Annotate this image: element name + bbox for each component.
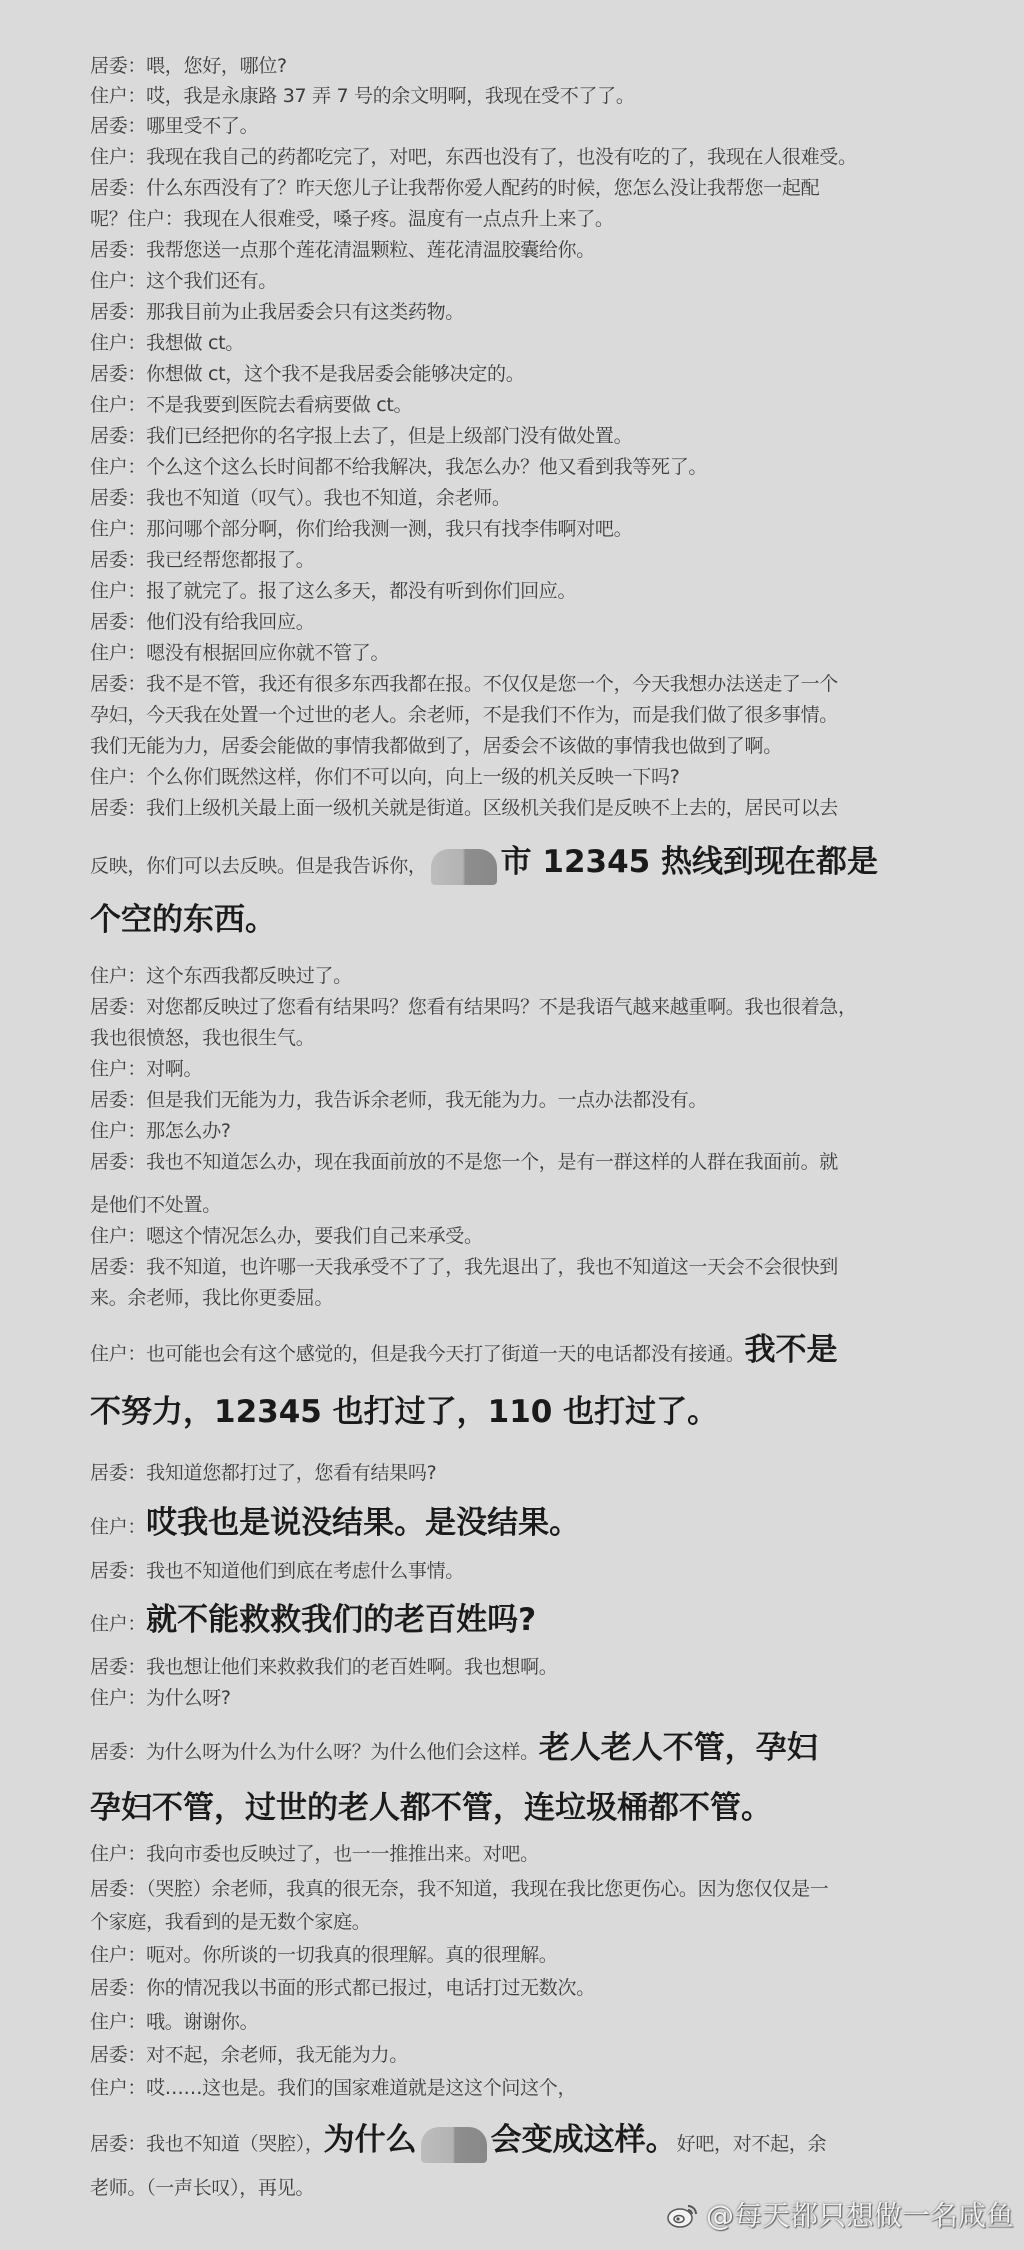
speaker-label: 居委： [90,239,146,261]
dialogue-line: 不努力，12345 也打过了，110 也打过了。 [90,1392,718,1436]
dialogue-line: 个空的东西。 [90,900,276,944]
dialogue-line: 居委：我也想让他们来救救我们的老百姓啊。我也想啊。 [90,1653,558,1681]
dialogue-text: 我现在我自己的药都吃完了，对吧，东西也没有了，也没有吃的了，我现在人很难受。 [146,146,857,168]
dialogue-line: 反映，你们可以去反映。但是我告诉你，市 12345 热线到现在都是 [90,842,878,886]
dialogue-line: 住户：对啊。 [90,1055,202,1083]
dialogue-text: 不是我要到医院去看病要做 ct。 [146,394,412,416]
dialogue-line: 居委：我不知道，也许哪一天我承受不了了，我先退出了，我也不知道这一天会不会很快到 [90,1253,838,1281]
speaker-label: 居委： [90,673,146,695]
dialogue-line: 居委：为什么呀为什么为什么呀？为什么他们会这样。老人老人不管，孕妇 [90,1728,818,1772]
dialogue-line: 住户：哦。谢谢你。 [90,2008,258,2036]
dialogue-text: 我不是不管，我还有很多东西我都在报。不仅仅是您一个，今天我想办法送走了一个 [146,673,838,695]
speaker-label: 居委： [90,301,146,323]
dialogue-text: 个么这个这么长时间都不给我解决，我怎么办？他又看到我等死了。 [146,456,707,478]
dialogue-text: 来。余老师，我比你更委屈。 [90,1287,333,1309]
dialogue-text: 也可能也会有这个感觉的，但是我今天打了街道一天的电话都没有接通。 [146,1343,744,1365]
dialogue-line: 居委：对不起，余老师，我无能为力。 [90,2041,408,2069]
dialogue-line: 居委：我知道您都打过了，您看有结果吗? [90,1459,436,1487]
dialogue-line: 居委：那我目前为止我居委会只有这类药物。 [90,298,464,326]
dialogue-line: 来。余老师，我比你更委屈。 [90,1284,333,1312]
speaker-label: 居委： [90,177,146,199]
dialogue-line: 住户：那怎么办? [90,1117,231,1145]
dialogue-line: 老师。（一声长叹），再见。 [90,2174,314,2202]
emphasis-text: 老人老人不管，孕妇 [539,1730,818,1766]
speaker-label: 住户： [90,1516,146,1538]
speaker-label: 居委： [90,1878,146,1900]
dialogue-text: 反映，你们可以去反映。但是我告诉你， [90,855,427,877]
dialogue-text: 你的情况我以书面的形式都已报过，电话打过无数次。 [146,1977,595,1999]
dialogue-text: 我们上级机关最上面一级机关就是街道。区级机关我们是反映不上去的，居民可以去 [146,797,838,819]
dialogue-line: 住户：这个我们还有。 [90,267,277,295]
dialogue-text: 那怎么办? [146,1120,231,1142]
speaker-label: 住户： [90,332,146,354]
speaker-label: 住户： [90,1225,146,1247]
speaker-label: 住户： [90,1343,146,1365]
speaker-label: 居委： [90,996,146,1018]
dialogue-line: 居委：你想做 ct，这个我不是我居委会能够决定的。 [90,360,524,388]
dialogue-line: 住户：我现在我自己的药都吃完了，对吧，东西也没有了，也没有吃的了，我现在人很难受… [90,143,857,171]
dialogue-line: 居委：喂，您好，哪位? [90,52,287,80]
dialogue-text: 那问哪个部分啊，你们给我测一测，我只有找李伟啊对吧。 [146,518,632,540]
dialogue-text: 我们无能为力，居委会能做的事情我都做到了，居委会不该做的事情我也做到了啊。 [90,735,782,757]
speaker-label: 住户： [90,456,146,478]
emphasis-text: 会变成这样。 [491,2122,677,2158]
dialogue-line: 住户：个么这个这么长时间都不给我解决，我怎么办？他又看到我等死了。 [90,453,707,481]
dialogue-text: 对您都反映过了您看有结果吗？您看有结果吗？不是我语气越来越重啊。我也很着急， [146,996,857,1018]
speaker-label: 居委： [90,1741,146,1763]
speaker-label: 住户： [90,1944,146,1966]
dialogue-line: 住户：哎，我是永康路 37 弄 7 号的余文明啊，我现在受不了了。 [90,82,635,110]
dialogue-line: 我也很愤怒，我也很生气。 [90,1024,314,1052]
speaker-label: 住户： [90,518,146,540]
dialogue-text: 我也不知道（叹气）。我也不知道，余老师。 [146,487,511,509]
speaker-label: 住户： [90,1058,146,1080]
speaker-label: 住户： [90,2011,146,2033]
speaker-label: 居委： [90,1151,146,1173]
emphasis-text: 为什么 [324,2122,417,2158]
dialogue-text: 个么你们既然这样，你们不可以向，向上一级的机关反映一下吗? [146,766,679,788]
dialogue-line: 个家庭，我看到的是无数个家庭。 [90,1908,371,1936]
dialogue-line: 住户：个么你们既然这样，你们不可以向，向上一级的机关反映一下吗? [90,763,680,791]
speaker-label: 居委： [90,487,146,509]
speaker-label: 居委： [90,1256,146,1278]
dialogue-text: 我不知道，也许哪一天我承受不了了，我先退出了，我也不知道这一天会不会很快到 [146,1256,838,1278]
speaker-label: 居委： [90,55,146,77]
dialogue-text: 这个我们还有。 [146,270,277,292]
emphasis-text: 哎我也是说没结果。是没结果。 [146,1505,580,1541]
dialogue-line: 住户：嗯没有根据回应你就不管了。 [90,639,389,667]
dialogue-text: 我们已经把你的名字报上去了，但是上级部门没有做处置。 [146,425,632,447]
dialogue-line: 住户：报了就完了。报了这么多天，都没有听到你们回应。 [90,577,576,605]
dialogue-text: 哎……这也是。我们的国家难道就是这这个问这个， [146,2077,576,2099]
emphasis-text: 孕妇不管，过世的老人都不管，连垃圾桶都不管。 [90,1790,772,1826]
speaker-label: 住户： [90,394,146,416]
dialogue-text: （哭腔）余老师，我真的很无奈，我不知道，我现在我比您更伤心。因为您仅仅是一 [146,1878,828,1900]
emphasis-text: 我不是 [745,1332,838,1368]
dialogue-line: 居委：什么东西没有了？昨天您儿子让我帮你爱人配药的时候，您怎么没让我帮您一起配 [90,174,819,202]
speaker-label: 住户： [90,2077,146,2099]
speaker-label: 居委： [90,549,146,571]
dialogue-line: 住户：不是我要到医院去看病要做 ct。 [90,391,412,419]
dialogue-text: 我也不知道（哭腔）， [146,2133,324,2155]
speaker-label: 居委： [90,1977,146,1999]
emphasis-text: 就不能救救我们的老百姓吗? [146,1602,536,1638]
dialogue-line: 住户：那问哪个部分啊，你们给我测一测，我只有找李伟啊对吧。 [90,515,632,543]
dialogue-text: 呢？住户：我现在人很难受，嗓子疼。温度有一点点升上来了。 [90,208,614,230]
speaker-label: 住户： [90,146,146,168]
speaker-label: 居委： [90,115,146,137]
dialogue-line: 居委：我也不知道（叹气）。我也不知道，余老师。 [90,484,511,512]
speaker-label: 居委： [90,611,146,633]
dialogue-line: 居委：我也不知道他们到底在考虑什么事情。 [90,1557,464,1585]
dialogue-line: 孕妇不管，过世的老人都不管，连垃圾桶都不管。 [90,1788,772,1832]
dialogue-text: 我想做 ct。 [146,332,244,354]
dialogue-text: 那我目前为止我居委会只有这类药物。 [146,301,464,323]
dialogue-text: 对啊。 [146,1058,202,1080]
dialogue-text: 我也想让他们来救救我们的老百姓啊。我也想啊。 [146,1656,557,1678]
speaker-label: 住户： [90,580,146,602]
dialogue-text: 好吧，对不起，余 [677,2133,827,2155]
speaker-label: 住户： [90,1613,146,1635]
speaker-label: 居委： [90,2133,146,2155]
speaker-label: 住户： [90,1843,146,1865]
watermark-text: @每天都只想做一名咸鱼 [706,2194,1014,2234]
dialogue-text: 哦。谢谢你。 [146,2011,258,2033]
dialogue-line: 呢？住户：我现在人很难受，嗓子疼。温度有一点点升上来了。 [90,205,614,233]
dialogue-text: 什么东西没有了？昨天您儿子让我帮你爱人配药的时候，您怎么没让我帮您一起配 [146,177,819,199]
dialogue-text: 我向市委也反映过了，也一一推推出来。对吧。 [146,1843,539,1865]
speaker-label: 住户： [90,965,146,987]
dialogue-line: 住户：哎……这也是。我们的国家难道就是这这个问这个， [90,2074,576,2102]
dialogue-text: 孕妇，今天我在处置一个过世的老人。余老师，不是我们不作为，而是我们做了很多事情。 [90,704,838,726]
dialogue-line: 居委：对您都反映过了您看有结果吗？您看有结果吗？不是我语气越来越重啊。我也很着急… [90,993,857,1021]
dialogue-text: 我知道您都打过了，您看有结果吗? [146,1462,436,1484]
dialogue-line: 住户：哎我也是说没结果。是没结果。 [90,1503,580,1547]
dialogue-text: 哎，我是永康路 37 弄 7 号的余文明啊，我现在受不了了。 [146,85,634,107]
dialogue-text: 报了就完了。报了这么多天，都没有听到你们回应。 [146,580,576,602]
dialogue-line: 住户：嗯这个情况怎么办，要我们自己来承受。 [90,1222,483,1250]
dialogue-line: 居委：我也不知道（哭腔），为什么会变成这样。好吧，对不起，余 [90,2120,826,2164]
dialogue-line: 居委：你的情况我以书面的形式都已报过，电话打过无数次。 [90,1974,595,2002]
dialogue-text: 个家庭，我看到的是无数个家庭。 [90,1911,371,1933]
emphasis-text: 市 12345 热线到现在都是 [501,844,878,880]
speaker-label: 住户： [90,1120,146,1142]
speaker-label: 居委： [90,1656,146,1678]
weibo-icon [666,2200,700,2228]
dialogue-line: 孕妇，今天我在处置一个过世的老人。余老师，不是我们不作为，而是我们做了很多事情。 [90,701,838,729]
dialogue-line: 住户：呃对。你所谈的一切我真的很理解。真的很理解。 [90,1941,558,1969]
dialogue-line: 住户：为什么呀? [90,1684,231,1712]
dialogue-text: 为什么呀为什么为什么呀？为什么他们会这样。 [146,1741,539,1763]
dialogue-line: 住户：也可能也会有这个感觉的，但是我今天打了街道一天的电话都没有接通。我不是 [90,1330,838,1374]
redacted-blur [431,849,497,885]
watermark: @每天都只想做一名咸鱼 [666,2194,1014,2234]
dialogue-line: 居委：我也不知道怎么办，现在我面前放的不是您一个，是有一群这样的人群在我面前。就 [90,1148,838,1176]
dialogue-line: 是他们不处置。 [90,1191,221,1219]
speaker-label: 居委： [90,2044,146,2066]
dialogue-line: 居委：我们上级机关最上面一级机关就是街道。区级机关我们是反映不上去的，居民可以去 [90,794,838,822]
dialogue-line: 居委：我已经帮您都报了。 [90,546,314,574]
speaker-label: 住户： [90,270,146,292]
dialogue-text: 这个东西我都反映过了。 [146,965,352,987]
dialogue-line: 住户：就不能救救我们的老百姓吗? [90,1600,536,1644]
dialogue-text: 我也不知道怎么办，现在我面前放的不是您一个，是有一群这样的人群在我面前。就 [146,1151,838,1173]
dialogue-text: 我已经帮您都报了。 [146,549,314,571]
dialogue-text: 我也很愤怒，我也很生气。 [90,1027,314,1049]
dialogue-line: 住户：我向市委也反映过了，也一一推推出来。对吧。 [90,1840,539,1868]
dialogue-text: 我帮您送一点那个莲花清温颗粒、莲花清温胶囊给你。 [146,239,595,261]
dialogue-text: 是他们不处置。 [90,1194,221,1216]
speaker-label: 居委： [90,797,146,819]
dialogue-line: 居委：哪里受不了。 [90,112,258,140]
speaker-label: 居委： [90,1089,146,1111]
dialogue-text: 嗯没有根据回应你就不管了。 [146,642,389,664]
dialogue-line: 居委：我们已经把你的名字报上去了，但是上级部门没有做处置。 [90,422,632,450]
dialogue-line: 居委：他们没有给我回应。 [90,608,314,636]
speaker-label: 居委： [90,1560,146,1582]
emphasis-text: 不努力，12345 也打过了，110 也打过了。 [90,1394,718,1430]
speaker-label: 居委： [90,363,146,385]
dialogue-text: 但是我们无能为力，我告诉余老师，我无能为力。一点办法都没有。 [146,1089,707,1111]
redacted-blur [421,2127,487,2163]
dialogue-text: 我也不知道他们到底在考虑什么事情。 [146,1560,464,1582]
speaker-label: 住户： [90,1687,146,1709]
dialogue-line: 居委：（哭腔）余老师，我真的很无奈，我不知道，我现在我比您更伤心。因为您仅仅是一 [90,1875,829,1903]
speaker-label: 居委： [90,1462,146,1484]
speaker-label: 住户： [90,642,146,664]
dialogue-text: 哪里受不了。 [146,115,258,137]
dialogue-text: 为什么呀? [146,1687,231,1709]
dialogue-text: 你想做 ct，这个我不是我居委会能够决定的。 [146,363,524,385]
dialogue-line: 居委：我不是不管，我还有很多东西我都在报。不仅仅是您一个，今天我想办法送走了一个 [90,670,838,698]
dialogue-text: 老师。（一声长叹），再见。 [90,2177,314,2199]
dialogue-text: 他们没有给我回应。 [146,611,314,633]
dialogue-line: 我们无能为力，居委会能做的事情我都做到了，居委会不该做的事情我也做到了啊。 [90,732,782,760]
speaker-label: 住户： [90,85,146,107]
dialogue-text: 喂，您好，哪位? [146,55,287,77]
dialogue-line: 居委：我帮您送一点那个莲花清温颗粒、莲花清温胶囊给你。 [90,236,595,264]
dialogue-text: 呃对。你所谈的一切我真的很理解。真的很理解。 [146,1944,557,1966]
dialogue-line: 住户：我想做 ct。 [90,329,244,357]
dialogue-text: 对不起，余老师，我无能为力。 [146,2044,408,2066]
dialogue-text: 嗯这个情况怎么办，要我们自己来承受。 [146,1225,483,1247]
emphasis-text: 个空的东西。 [90,902,276,938]
speaker-label: 住户： [90,766,146,788]
dialogue-line: 住户：这个东西我都反映过了。 [90,962,352,990]
speaker-label: 居委： [90,425,146,447]
dialogue-line: 居委：但是我们无能为力，我告诉余老师，我无能为力。一点办法都没有。 [90,1086,707,1114]
